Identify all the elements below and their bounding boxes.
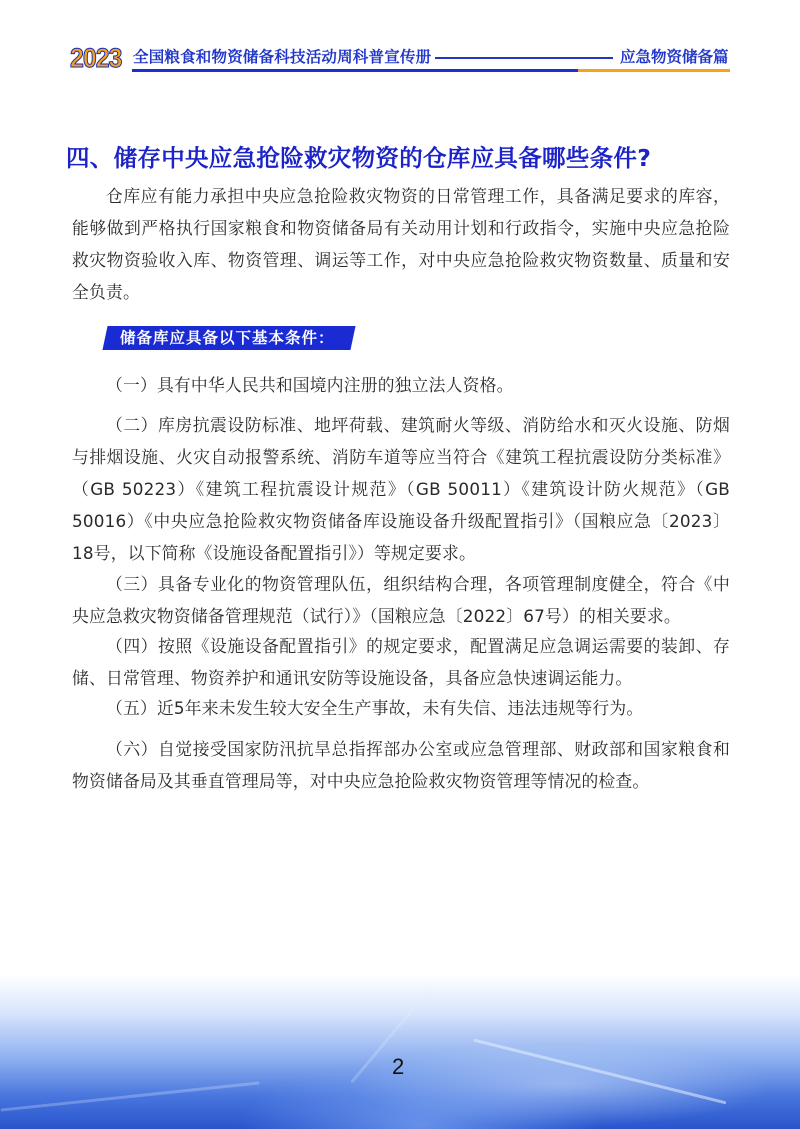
header-underline-orange: [578, 69, 730, 72]
light-streak: [473, 1039, 726, 1105]
header-divider-line: [435, 57, 613, 59]
condition-item-2: （二）库房抗震设防标准、地坪荷载、建筑耐火等级、消防给水和灭火设施、防烟与排烟设…: [72, 409, 730, 569]
page-number: 2: [392, 1054, 404, 1080]
header-underline-blue: [132, 69, 578, 72]
light-streak: [1, 1081, 260, 1111]
condition-item-6: （六）自觉接受国家防汛抗旱总指挥部办公室或应急管理部、财政部和国家粮食和物资储备…: [72, 733, 730, 797]
condition-item-4: （四）按照《设施设备配置指引》的规定要求，配置满足应急调运需要的装卸、存储、日常…: [72, 630, 730, 694]
section-heading: 四、储存中央应急抢险救灾物资的仓库应具备哪些条件?: [66, 143, 651, 173]
condition-item-1: （一）具有中华人民共和国境内注册的独立法人资格。: [72, 369, 730, 401]
condition-item-5: （五）近5年来未发生较大安全生产事故，未有失信、违法违规等行为。: [72, 692, 730, 724]
page-header: 2023 全国粮食和物资储备科技活动周科普宣传册 应急物资储备篇: [0, 0, 800, 90]
conditions-banner-label: 储备库应具备以下基本条件：: [120, 326, 335, 350]
condition-item-3: （三）具备专业化的物资管理队伍，组织结构合理，各项管理制度健全，符合《中央应急救…: [72, 568, 730, 632]
footer-decorative-background: [0, 975, 800, 1129]
header-title: 全国粮食和物资储备科技活动周科普宣传册: [133, 47, 431, 67]
header-section-name: 应急物资储备篇: [620, 47, 729, 67]
intro-paragraph: 仓库应有能力承担中央应急抢险救灾物资的日常管理工作，具备满足要求的库容，能够做到…: [72, 180, 730, 308]
header-year-logo: 2023: [70, 44, 122, 72]
light-streak: [350, 990, 429, 1084]
